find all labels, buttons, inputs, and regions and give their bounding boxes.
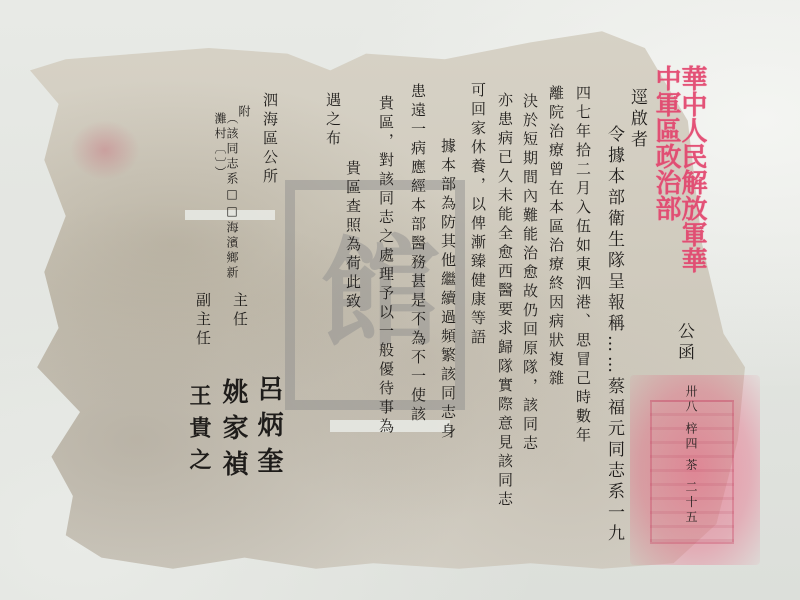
body-line: 患遠一病應經本部醫務甚是不為不一使該 bbox=[410, 83, 425, 425]
stain bbox=[70, 120, 140, 180]
body-line: 亦患病已久未能全愈西醫要求歸隊實際意見該同志 bbox=[497, 92, 512, 510]
attachment-label: 附 bbox=[238, 105, 250, 120]
attachment-note: （該同志系□□海濱鄉新灘村〔〕） bbox=[204, 112, 238, 282]
body-line: 可回家休養，以俾漸臻健康等語 bbox=[470, 82, 485, 348]
signature-title-main: 主任 bbox=[232, 292, 247, 330]
body-line: 遇之布 bbox=[325, 92, 340, 149]
signature-title-deputy: 副主任 bbox=[195, 292, 210, 349]
body-line: 貴區查照為荷此致 bbox=[345, 160, 360, 312]
signature-name: 姚家禎 bbox=[220, 378, 246, 486]
salutation: 逕啟者 bbox=[628, 88, 645, 151]
body-line: 離院治療曾在本區治療終因病狀複雜 bbox=[548, 85, 563, 389]
body-line: 據本部為防其他繼續過頻繁該同志身 bbox=[440, 138, 455, 442]
signature-name: 王貴之 bbox=[188, 384, 210, 480]
addressee: 泗海區公所 bbox=[262, 92, 277, 187]
body-line: 四七年拾二月入伍如東泗港、思冒己時數年 bbox=[575, 85, 590, 446]
document-header: 華中人民解放軍華中軍區政治部 bbox=[663, 65, 705, 290]
doc-number: 卅八 梓四 茶 二十五 bbox=[685, 385, 697, 525]
body-line: 決於短期間內難能治愈故仍回原隊，該同志 bbox=[522, 93, 537, 454]
body-line: 令據本部衛生隊呈報稱……蔡福元同志系一九 bbox=[605, 125, 622, 545]
signature-name: 呂炳奎 bbox=[255, 375, 281, 483]
doc-type: 公函 bbox=[675, 322, 692, 364]
body-line: 貴區，對該同志之處理予以一般優待事為 bbox=[378, 95, 393, 437]
watermark-text: 館藏 bbox=[300, 200, 450, 390]
